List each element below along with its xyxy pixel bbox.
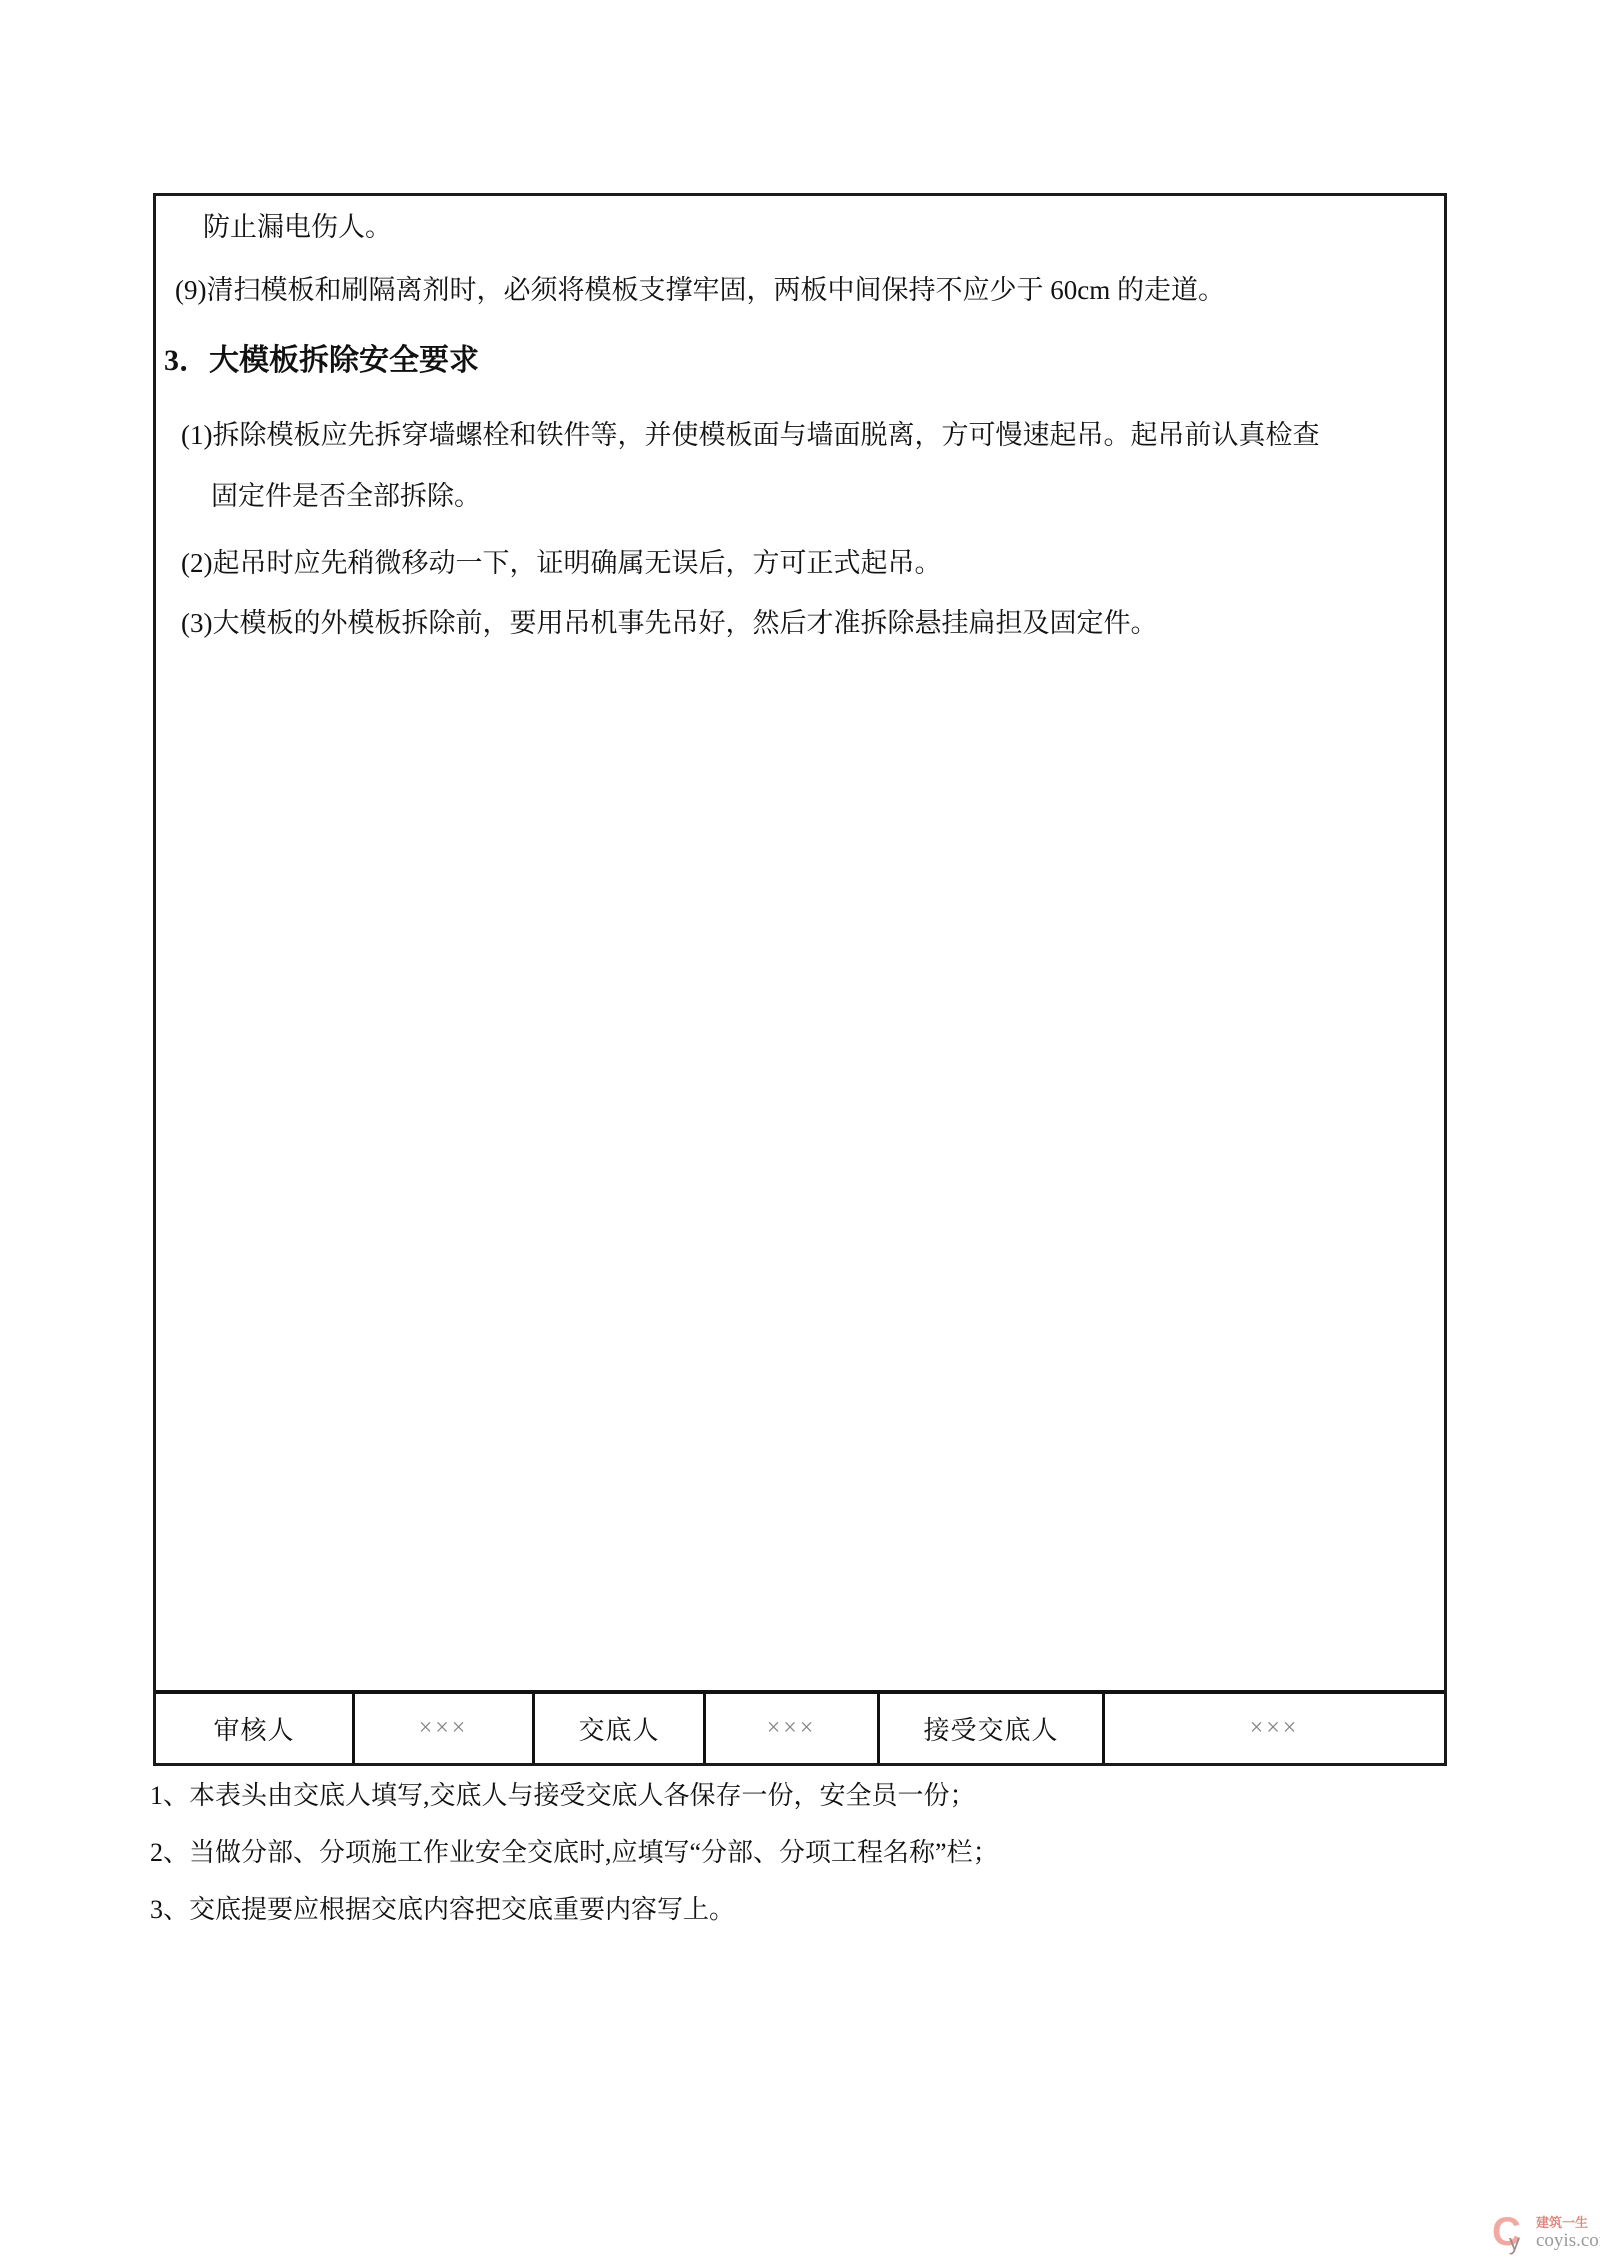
watermark-domain: coyis.com: [1536, 2230, 1600, 2252]
reviewer-label: 审核人: [156, 1694, 355, 1763]
content-box: 防止漏电伤人。 (9)清扫模板和刷隔离剂时，必须将模板支撑牢固，两板中间保持不应…: [153, 193, 1447, 1766]
paragraph-item-3: (3)大模板的外模板拆除前，要用吊机事先吊好，然后才准拆除悬挂扁担及固定件。: [181, 608, 1157, 638]
footnotes: 1、本表头由交底人填写,交底人与接受交底人各保存一份，安全员一份； 2、当做分部…: [150, 1782, 1450, 1953]
footnote-1: 1、本表头由交底人填写,交底人与接受交底人各保存一份，安全员一份；: [150, 1782, 1450, 1810]
section-heading: 3．大模板拆除安全要求: [164, 345, 479, 377]
receiver-label: 接受交底人: [880, 1694, 1105, 1763]
coyis-logo-icon: C y: [1492, 2212, 1534, 2258]
footnote-3: 3、交底提要应根据交底内容把交底重要内容写上。: [150, 1896, 1450, 1924]
watermark: C y 建筑一生 coyis.com: [1492, 2212, 1600, 2258]
reviewer-value: ×××: [355, 1694, 535, 1763]
paragraph-item-1-line-1: (1)拆除模板应先拆穿墙螺栓和铁件等，并使模板面与墙面脱离，方可慢速起吊。起吊前…: [181, 420, 1319, 450]
watermark-brand: 建筑一生: [1536, 2215, 1600, 2230]
logo-letter-y: y: [1509, 2232, 1520, 2254]
paragraph-item-1-line-2: 固定件是否全部拆除。: [211, 481, 481, 511]
document-page: 防止漏电伤人。 (9)清扫模板和刷隔离剂时，必须将模板支撑牢固，两板中间保持不应…: [0, 0, 1600, 2262]
footnote-2: 2、当做分部、分项施工作业安全交底时,应填写“分部、分项工程名称”栏；: [150, 1839, 1450, 1867]
briefer-label: 交底人: [535, 1694, 706, 1763]
paragraph-item-9: (9)清扫模板和刷隔离剂时，必须将模板支撑牢固，两板中间保持不应少于 60cm …: [175, 275, 1225, 305]
receiver-value: ×××: [1105, 1694, 1444, 1763]
signature-row: 审核人 ××× 交底人 ××× 接受交底人 ×××: [156, 1690, 1444, 1763]
paragraph-item-2: (2)起吊时应先稍微移动一下，证明确属无误后，方可正式起吊。: [181, 548, 941, 578]
briefer-value: ×××: [706, 1694, 880, 1763]
paragraph-continuation: 防止漏电伤人。: [203, 212, 392, 242]
watermark-text: 建筑一生 coyis.com: [1536, 2215, 1600, 2252]
